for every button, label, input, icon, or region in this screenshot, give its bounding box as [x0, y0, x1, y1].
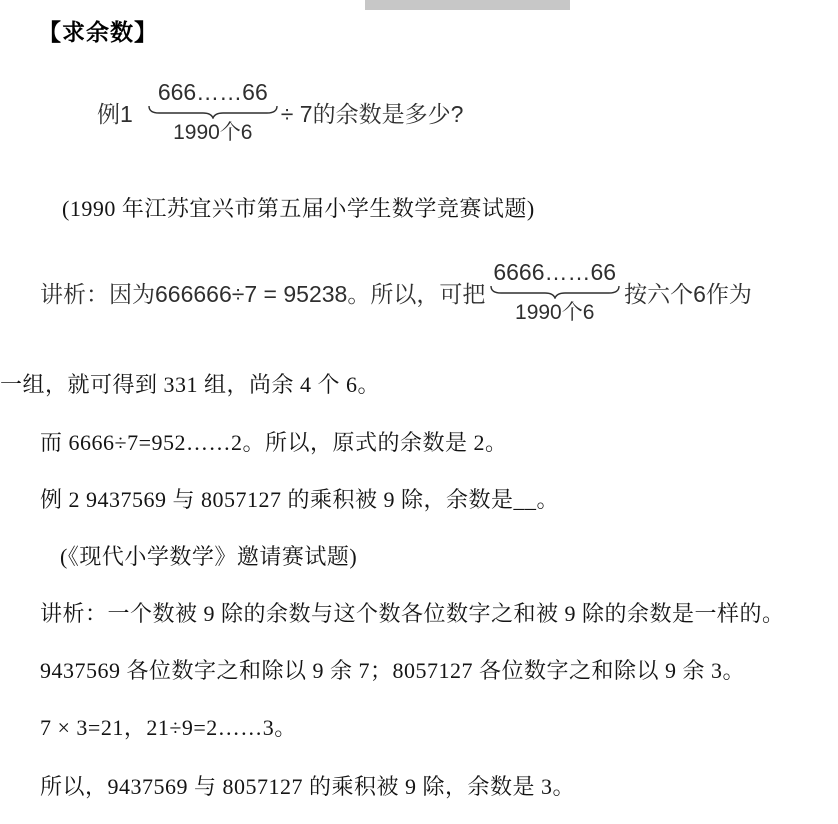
- stack-top-digits: 666……66: [152, 81, 274, 105]
- example1-question: ÷ 7的余数是多少?: [281, 96, 464, 129]
- stack-top-digits: 6666……66: [487, 261, 622, 285]
- analysis1-line2: 而 6666÷7=952……2。所以，原式的余数是 2。: [40, 426, 507, 457]
- analysis2-line1: 讲析：一个数被 9 除的余数与这个数各位数字之和被 9 除的余数是一样的。: [40, 597, 785, 628]
- example1-formula: 例1 666……66 1990个6 ÷ 7的余数是多少?: [97, 74, 463, 150]
- analysis1-suffix: 按六个6作为: [624, 276, 752, 309]
- example2-source: (《现代小学数学》邀请赛试题): [60, 540, 357, 571]
- page-title: 【求余数】: [38, 14, 158, 47]
- stack-count-label: 1990个6: [515, 301, 594, 323]
- example1-source: (1990 年江苏宜兴市第五届小学生数学竞赛试题): [62, 192, 535, 223]
- example1-label: 例1: [97, 96, 133, 129]
- example2-text: 例 2 9437569 与 8057127 的乘积被 9 除，余数是__。: [40, 483, 559, 514]
- analysis2-line4: 所以，9437569 与 8057127 的乘积被 9 除，余数是 3。: [40, 770, 575, 801]
- analysis1-continuation: 一组，就可得到 331 组，尚余 4 个 6。: [0, 368, 380, 399]
- scrollbar-fragment: [365, 0, 570, 10]
- analysis2-line2: 9437569 各位数字之和除以 9 余 7；8057127 各位数字之和除以 …: [40, 654, 745, 685]
- analysis1-prefix: 讲析：因为666666÷7 = 95238。所以，可把: [40, 276, 485, 309]
- analysis2-line3: 7 × 3=21，21÷9=2……3。: [40, 711, 297, 742]
- analysis1-number-stack: 6666……66 1990个6: [487, 261, 622, 323]
- underbrace-icon: [147, 106, 279, 119]
- underbrace-icon: [489, 286, 621, 299]
- document-page: 【求余数】 例1 666……66 1990个6 ÷ 7的余数是多少? (1990…: [0, 0, 838, 824]
- analysis1-formula: 讲析：因为666666÷7 = 95238。所以，可把 6666……66 199…: [40, 254, 752, 330]
- example1-number-stack: 666……66 1990个6: [147, 81, 279, 143]
- stack-count-label: 1990个6: [173, 121, 252, 143]
